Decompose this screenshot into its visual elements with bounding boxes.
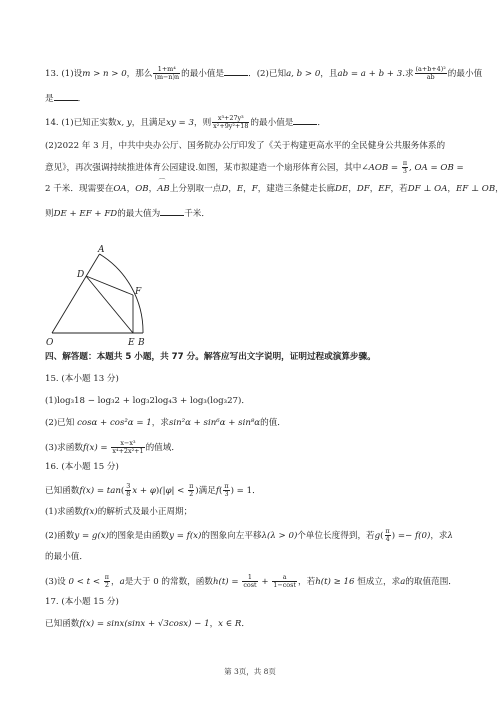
label-a: A [97,245,105,255]
arc-ab: AB [157,184,170,194]
q14-p2-line2: 意见》，再次强调持续推进体育公园建设.如图，某市拟建造一个扇形体育公园，其中∠A… [45,160,464,175]
label-f: F [134,287,142,297]
q14-line1: 14. (1)已知正实数x, y，且满足xy = 3，则x³+27y³x²+9y… [45,115,326,130]
q16-given: 已知函数f(x) = tan(38x + φ)(|φ| < π2)满足f(π3)… [45,483,261,498]
answer-blank [54,92,78,101]
q16-p2-cont: 的最小值． [45,551,88,563]
label-d: D [76,270,84,280]
fraction: x³+27y³x²+9y²+18 [212,115,249,130]
fraction: π3 [402,160,408,175]
q15-p2: (2)已知 cosα + cos²α = 1，求sin²α + sin⁶α + … [45,417,286,429]
fraction: π2 [188,483,194,498]
page-footer: 第 3页，共 8页 [0,666,500,677]
fraction: 1+m⁴(m−n)n [153,66,180,81]
q16-header: 16. (本小题 15 分) [45,461,119,473]
q16-p3: (3)设 0 < t < π2，a是大于 0 的常数，函数h(t) = 1cos… [45,574,457,589]
q16-p1: (1)求函数f(x)的解析式及最小正周期； [45,506,192,518]
sector-figure: A D F O E B [40,243,170,353]
answer-blank [160,207,184,216]
answer-blank [293,116,317,125]
q13-line1: 13. (1)设m > n > 0，那么1+m⁴(m−n)n的最小值是．(2)已… [45,66,482,81]
fraction: π2 [104,574,110,589]
fraction: (a+b+4)²ab [415,66,447,81]
q14-p2-line4: 则DE + EF + FD的最大值为千米． [45,207,210,220]
q14-p2-line1: (2)2022 年 3 月，中共中央办公厅、国务院办公厅印发了《关于构建更高水平… [45,140,445,152]
q17-header: 17. (本小题 15 分) [45,596,119,608]
answer-blank [224,67,248,76]
fraction: x−x³x⁴+2x²+1 [111,440,144,455]
segment-oa [52,254,100,333]
fraction: π4 [385,528,391,543]
section-heading: 四、解答题：本题共 5 小题，共 77 分。解答应写出文字说明，证明过程或演算步… [45,351,376,363]
label-b: B [137,338,145,348]
fraction: 38 [125,483,131,498]
q14-p2-line3: 2 千米．现需要在OA，OB，AB上分别取一点D，E，F，建造三条健走长廊DE，… [45,183,500,195]
q14-number: 14. [45,118,59,128]
q13-line2: 是． [45,92,86,105]
label-o: O [46,338,54,348]
fraction: 1cost [242,574,257,589]
q16-p2: (2)函数y = g(x)的图象是由函数y = f(x)的图象向左平移λ(λ >… [45,528,453,543]
label-e: E [127,338,135,348]
q15-p1: (1)log₃18 − log₃2 + log₃2log₄3 + log₃(lo… [45,395,250,407]
q13-number: 13. [45,69,59,79]
q15-header: 15. (本小题 13 分) [45,373,119,385]
fraction: π3 [223,483,229,498]
q17-given: 已知函数f(x) = sinx(sinx + √3cosx) − 1，x ∈ R… [45,618,250,630]
fraction: a1−cost [272,574,297,589]
segment-de [86,276,133,333]
q15-p3: (3)求函数f(x) = x−x³x⁴+2x²+1的值域． [45,440,180,455]
